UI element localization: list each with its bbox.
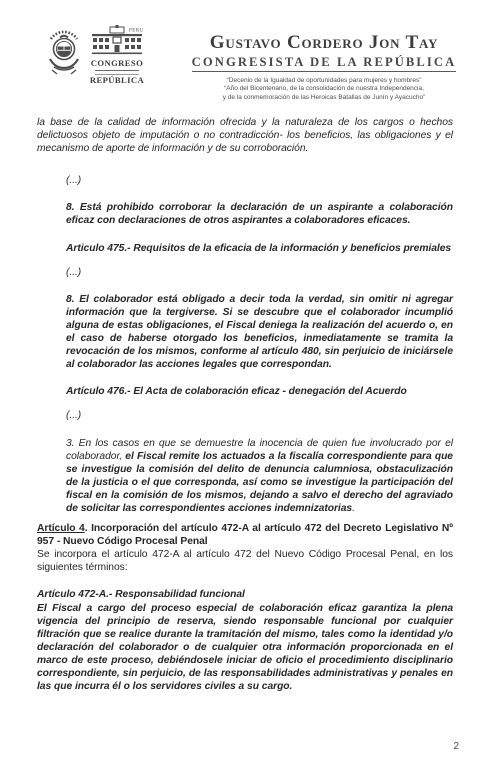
document-body: la base de la calidad de información ofr… — [37, 116, 453, 693]
official-motto: “Decenio de la Igualdad de oportunidades… — [176, 77, 472, 102]
articulo-472a-block: Artículo 472-A.- Responsabilidad funcion… — [37, 588, 453, 693]
paragraph-corroboration-prohibition: 8. Está prohibido corroborar la declarac… — [66, 201, 453, 227]
congress-building-icon: PERU — [89, 25, 145, 59]
congress-label-divider — [95, 70, 139, 75]
paragraph-articulo-472a-text: El Fiscal a cargo del proceso especial d… — [37, 602, 453, 694]
congresista-name: Gustavo Cordero Jon Tay — [176, 33, 472, 53]
motto-line-3: y de la conmemoración de las Heroicas Ba… — [176, 94, 472, 102]
peru-label: PERU — [129, 29, 144, 34]
congress-label-line1: CONGRESO — [89, 59, 145, 69]
motto-line-1: “Decenio de la Igualdad de oportunidades… — [176, 77, 472, 85]
congress-label-line2: REPÚBLICA — [89, 76, 145, 86]
innocence-end-text: . — [352, 503, 355, 514]
articulo-4-label: Artículo 4 — [37, 523, 85, 534]
motto-line-2: “Año del Bicentenario, de la consolidaci… — [176, 85, 472, 93]
congresista-title: CONGRESISTA DE LA REPÚBLICA — [192, 55, 457, 72]
heading-articulo-4: Artículo 4. Incorporación del artículo 4… — [37, 522, 453, 548]
letterhead: PERU — [0, 0, 487, 112]
congress-wordmark: PERU — [89, 25, 145, 85]
ellipsis-marker-1: (...) — [66, 174, 453, 187]
articulo-4-title-rest: . Incorporación del artículo 472-A al ar… — [37, 523, 453, 547]
heading-articulo-475: Articulo 475.- Requisitos de la eficacia… — [66, 242, 453, 255]
heading-articulo-476: Artículo 476.- El Acta de colaboración e… — [66, 385, 453, 398]
paragraph-collaborator-truth-obligation: 8. El colaborador está obligado a decir … — [66, 293, 453, 372]
letterhead-title-block: Gustavo Cordero Jon Tay CONGRESISTA DE L… — [176, 33, 472, 102]
peru-coat-of-arms-icon — [44, 25, 84, 83]
ellipsis-marker-3: (...) — [66, 409, 453, 422]
innocence-bold-text: el Fiscal remite los actuados a la fisca… — [66, 451, 453, 514]
document-page: PERU — [0, 0, 487, 774]
paragraph-quality-of-information: la base de la calidad de información ofr… — [37, 116, 453, 155]
congress-emblem: PERU — [44, 25, 145, 85]
page-number: 2 — [453, 741, 459, 752]
paragraph-innocence-case: 3. En los casos en que se demuestre la i… — [66, 437, 453, 516]
heading-articulo-472a: Artículo 472-A.- Responsabilidad funcion… — [37, 588, 453, 601]
ellipsis-marker-2: (...) — [66, 266, 453, 279]
paragraph-articulo-4-intro: Se incorpora el artículo 472-A al artícu… — [37, 548, 453, 574]
